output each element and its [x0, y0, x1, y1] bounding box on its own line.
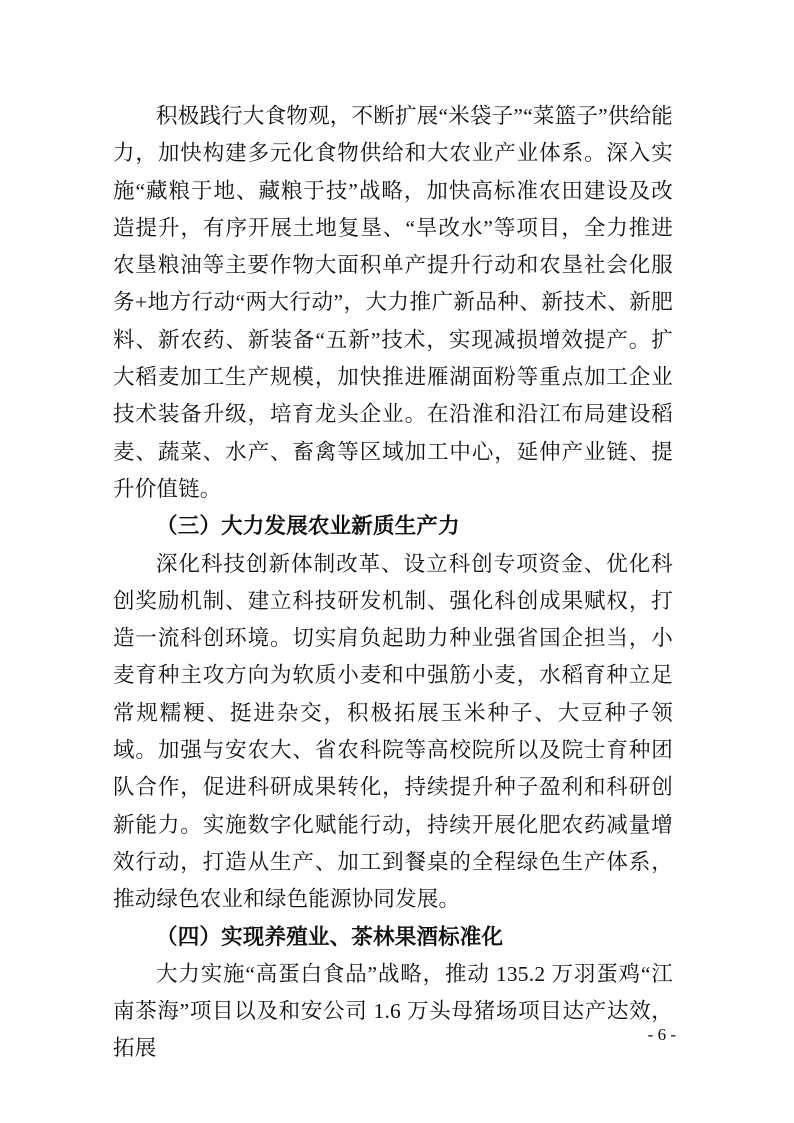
paragraph-sci-tech-innovation: 深化科技创新体制改革、设立科创专项资金、优化科创奖励机制、建立科技研发机制、强化… — [113, 546, 673, 919]
section-heading-3: （三）大力发展农业新质生产力 — [113, 508, 673, 545]
paragraph-high-protein-food: 大力实施“高蛋白食品”战略，推动 135.2 万羽蛋鸡“江南茶海”项目以及和安公… — [113, 956, 673, 1068]
document-page: 积极践行大食物观，不断扩展“米袋子”“菜篮子”供给能力，加快构建多元化食物供给和… — [0, 0, 794, 1123]
paragraph-food-supply: 积极践行大食物观，不断扩展“米袋子”“菜篮子”供给能力，加快构建多元化食物供给和… — [113, 98, 673, 508]
page-number: - 6 - — [648, 1024, 676, 1046]
section-heading-4: （四）实现养殖业、茶林果酒标准化 — [113, 919, 673, 956]
document-body: 积极践行大食物观，不断扩展“米袋子”“菜篮子”供给能力，加快构建多元化食物供给和… — [113, 98, 673, 1068]
